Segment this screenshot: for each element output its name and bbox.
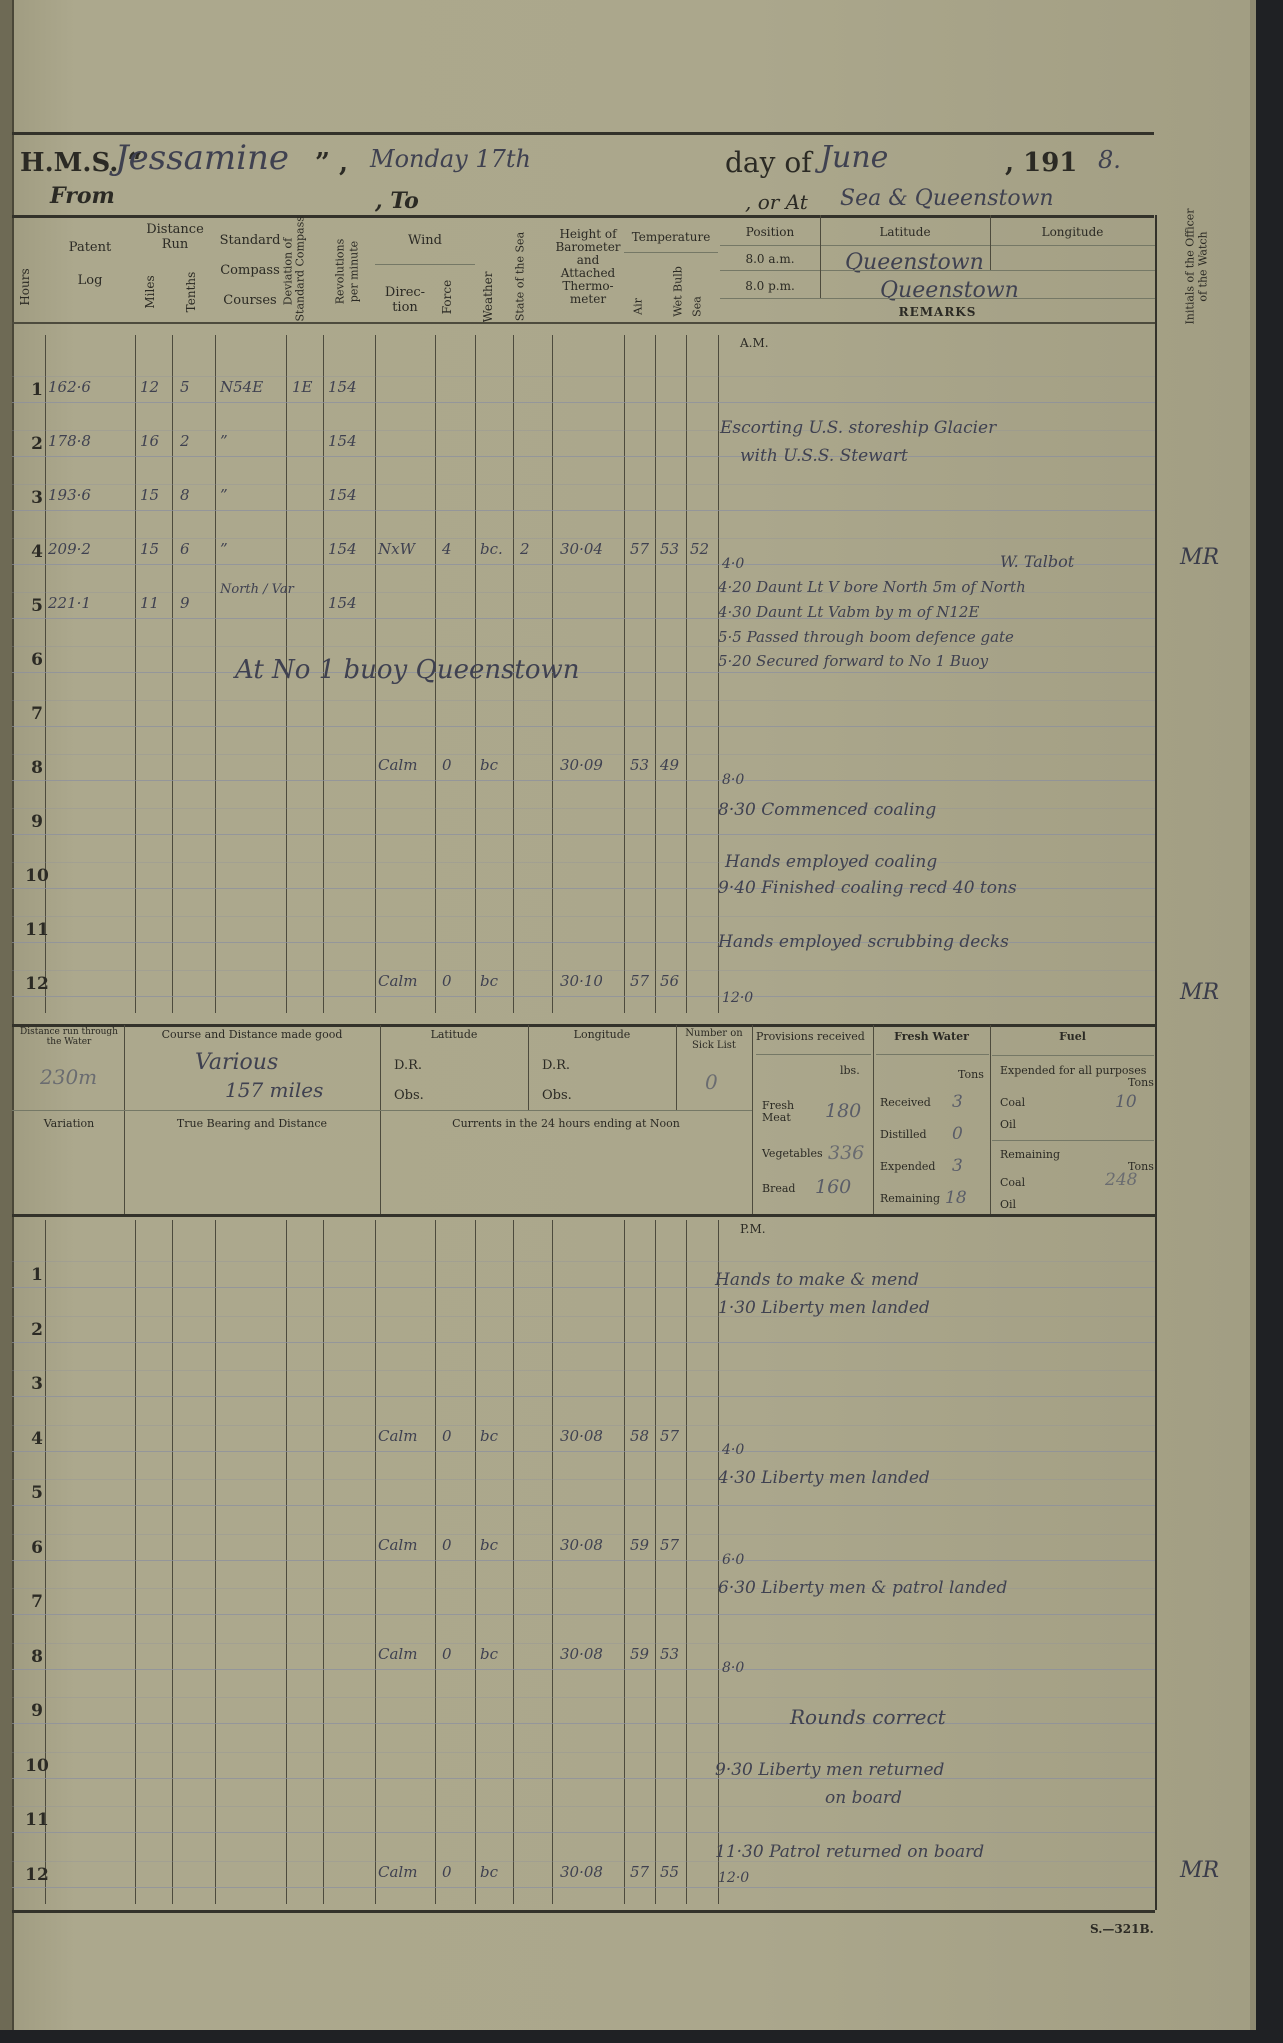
am-cell-tenths: 8 <box>180 486 190 504</box>
pm-label: P.M. <box>740 1222 766 1236</box>
row-rule <box>12 1723 1155 1724</box>
am-remark: 9·40 Finished coaling recd 40 tons <box>718 878 1017 898</box>
am-cell-deviation: 1E <box>292 378 313 396</box>
table-right-border <box>1155 215 1157 1910</box>
column-rule <box>718 335 719 1013</box>
am-remark: 5·5 Passed through boom defence gate <box>718 628 1014 646</box>
am-hour-label: 10 <box>22 866 52 886</box>
col-compass: Compass <box>215 263 285 278</box>
col-tenths: Tenths <box>184 267 198 317</box>
water-expended-value: 3 <box>952 1156 963 1176</box>
pm-hour-label: 7 <box>22 1592 52 1612</box>
pm-remark: 11·30 Patrol returned on board <box>715 1842 984 1862</box>
am-remark: 8·30 Commenced coaling <box>718 800 936 820</box>
am-cell-air: 57 <box>630 540 649 558</box>
column-rule <box>718 1220 719 1904</box>
true-bearing-label: True Bearing and Distance <box>124 1117 380 1130</box>
pm-cell-air: 57 <box>630 1863 649 1881</box>
pm-hour-label: 2 <box>22 1320 52 1340</box>
am-remark: Hands employed coaling <box>725 852 937 872</box>
am-hour-label: 12 <box>22 974 52 994</box>
pm-hour-label: 11 <box>22 1810 52 1830</box>
row-rule <box>12 1342 1155 1343</box>
noon-top-border <box>12 1024 1155 1027</box>
am-hour-label: 8 <box>22 758 52 778</box>
pm-cell-wet: 57 <box>660 1427 679 1445</box>
pm-remark: Rounds correct <box>790 1705 946 1729</box>
variation-label: Variation <box>14 1117 124 1130</box>
pm-remark: 6·30 Liberty men & patrol landed <box>718 1578 1007 1598</box>
row-rule <box>12 402 1155 403</box>
fuel-remaining-coal-value: 248 <box>1105 1170 1137 1190</box>
row-rule <box>12 780 1155 781</box>
col-wind-force: Force <box>440 272 454 322</box>
am-cell-miles: 16 <box>140 432 159 450</box>
row-rule <box>12 1287 1155 1288</box>
row-rule <box>12 1669 1155 1670</box>
row-rule <box>12 1451 1155 1452</box>
am-time-label: 8.0 a.m. <box>720 252 820 267</box>
top-border <box>12 132 1154 135</box>
col-initials-1: Initials of the Officer <box>1184 202 1197 332</box>
am-cell-log: 178·8 <box>48 432 91 450</box>
pm-cell-weather: bc <box>480 1536 498 1554</box>
sick-list-label: Number on Sick List <box>676 1028 752 1052</box>
col-sea: Sea <box>691 287 704 327</box>
pm-cell-air: 58 <box>630 1427 649 1445</box>
col-distance-run: Distance Run <box>135 222 215 252</box>
fresh-water-label: Fresh Water <box>873 1030 990 1043</box>
provisions-unit: lbs. <box>840 1064 860 1077</box>
col-position: Position <box>720 225 820 240</box>
fuel-expended-unit: Tons <box>1128 1076 1154 1089</box>
pm-remark: 1·30 Liberty men landed <box>718 1298 930 1318</box>
row-rule <box>12 996 1155 997</box>
pm-remark: 6·0 <box>722 1552 744 1568</box>
am-cell-barometer: 30·09 <box>560 756 603 774</box>
pm-cell-wet: 57 <box>660 1536 679 1554</box>
pm-cell-force: 0 <box>442 1645 452 1663</box>
am-cell-force: 0 <box>442 972 452 990</box>
pm-cell-barometer: 30·08 <box>560 1536 603 1554</box>
fresh-water-unit: Tons <box>958 1068 984 1081</box>
row-rule <box>12 1614 1155 1615</box>
pm-cell-wind-dir: Calm <box>378 1863 417 1881</box>
course-value: Various <box>195 1050 278 1075</box>
row-rule <box>12 672 1155 673</box>
am-label: A.M. <box>740 336 769 350</box>
col-temperature: Temperature <box>624 230 718 245</box>
am-cell-air: 57 <box>630 972 649 990</box>
am-cell-course: ” <box>220 432 228 450</box>
am-remark: 4·30 Daunt Lt Vabm by m of N12E <box>718 603 979 621</box>
pm-hour-label: 6 <box>22 1538 52 1558</box>
col-latitude: Latitude <box>820 225 990 240</box>
bread-value: 160 <box>815 1176 851 1198</box>
fresh-meat-label: Fresh Meat <box>762 1100 800 1124</box>
column-rule <box>172 1220 173 1904</box>
col-patent: Patent <box>45 240 135 255</box>
col-initials-2: of the Watch <box>1197 202 1210 332</box>
longitude-label: Longitude <box>528 1028 676 1041</box>
ship-name: Jessamine <box>115 138 289 178</box>
row-rule <box>12 456 1155 457</box>
longitude-dr-label: D.R. <box>542 1058 570 1073</box>
col-revolutions-1: Revolutions <box>334 222 347 322</box>
pm-cell-wet: 55 <box>660 1863 679 1881</box>
pm-hour-label: 8 <box>22 1647 52 1667</box>
column-rule <box>655 335 656 1013</box>
pm-time-label: 8.0 p.m. <box>720 279 820 294</box>
pm-cell-barometer: 30·08 <box>560 1645 603 1663</box>
am-cell-log: 209·2 <box>48 540 91 558</box>
am-cell-barometer: 30·04 <box>560 540 603 558</box>
water-distilled-label: Distilled <box>880 1128 927 1141</box>
am-cell-miles: 15 <box>140 540 159 558</box>
am-cell-wet: 53 <box>660 540 679 558</box>
provisions-label: Provisions received <box>756 1030 865 1043</box>
am-cell-force: 0 <box>442 756 452 774</box>
pm-cell-barometer: 30·08 <box>560 1427 603 1445</box>
am-cell-weather: bc <box>480 972 498 990</box>
column-rule <box>686 335 687 1013</box>
am-cell-course: North / Var <box>220 582 294 597</box>
to-label: , To <box>375 188 419 214</box>
column-rule <box>323 1220 324 1904</box>
am-remark: Hands employed scrubbing decks <box>718 932 1009 952</box>
pm-cell-wet: 53 <box>660 1645 679 1663</box>
am-cell-tenths: 6 <box>180 540 190 558</box>
column-rule <box>552 1220 553 1904</box>
am-cell-wind-dir: NxW <box>378 540 415 558</box>
am-cell-miles: 11 <box>140 594 159 612</box>
fuel-expended-coal-label: Coal <box>1000 1096 1025 1109</box>
am-cell-miles: 12 <box>140 378 159 396</box>
am-cell-force: 4 <box>442 540 452 558</box>
pm-cell-weather: bc <box>480 1427 498 1445</box>
col-wind: Wind <box>375 233 475 248</box>
pm-hour-label: 10 <box>22 1756 52 1776</box>
pm-remark: on board <box>825 1788 902 1808</box>
pm-cell-wind-dir: Calm <box>378 1536 417 1554</box>
fuel-expended-coal-value: 10 <box>1115 1092 1137 1112</box>
from-label: From <box>50 183 115 209</box>
pm-cell-force: 0 <box>442 1863 452 1881</box>
pm-hour-label: 1 <box>22 1265 52 1285</box>
row-rule <box>12 564 1155 565</box>
column-rule <box>655 1220 656 1904</box>
at-value: Sea & Queenstown <box>840 186 1054 211</box>
pm-hour-label: 4 <box>22 1429 52 1449</box>
sick-list-value: 0 <box>705 1070 718 1094</box>
day-of-label: day of <box>725 146 812 179</box>
am-cell-tenths: 9 <box>180 594 190 612</box>
latitude-label: Latitude <box>380 1028 528 1041</box>
pm-hour-label: 9 <box>22 1701 52 1721</box>
am-cell-tenths: 5 <box>180 378 190 396</box>
am-cell-log: 193·6 <box>48 486 91 504</box>
water-received-value: 3 <box>952 1092 963 1112</box>
col-wind-direction-1: Direc- <box>375 285 435 300</box>
am-cell-tenths: 2 <box>180 432 190 450</box>
am-hour-label: 11 <box>22 920 52 940</box>
am-remark: 4·20 Daunt Lt V bore North 5m of North <box>718 578 1026 596</box>
am-cell-course: ” <box>220 540 228 558</box>
header-bottom-rule <box>12 322 1155 324</box>
am-note-buoy: At No 1 buoy Queenstown <box>235 655 580 685</box>
remarks-header: REMARKS <box>720 305 1155 320</box>
col-deviation-2: Standard Compass <box>294 222 307 322</box>
water-remaining-value: 18 <box>945 1188 967 1208</box>
row-rule <box>12 1778 1155 1779</box>
col-barometer: Height of Barometer and Attached Thermo-… <box>552 228 624 306</box>
pm-position-value: Queenstown <box>880 278 1019 303</box>
am-cell-wet: 49 <box>660 756 679 774</box>
am-cell-wet: 56 <box>660 972 679 990</box>
am-cell-revs: 154 <box>328 378 357 396</box>
table-bottom-border <box>12 1910 1155 1913</box>
am-position-value: Queenstown <box>845 250 984 275</box>
col-hours: Hours <box>18 257 32 317</box>
distance-good: 157 miles <box>225 1078 323 1102</box>
pm-remark: 12·0 <box>718 1870 749 1886</box>
am-remark: with U.S.S. Stewart <box>740 446 908 466</box>
am-cell-weather: bc. <box>480 540 503 558</box>
col-air: Air <box>632 287 645 327</box>
pm-hour-label: 3 <box>22 1374 52 1394</box>
am-cell-miles: 15 <box>140 486 159 504</box>
course-label: Course and Distance made good <box>124 1028 380 1041</box>
col-miles: Miles <box>143 267 157 317</box>
row-rule <box>12 1887 1155 1888</box>
column-rule <box>475 1220 476 1904</box>
at-label: , or At <box>745 190 808 214</box>
am-cell-wind-dir: Calm <box>378 756 417 774</box>
pm-cell-air: 59 <box>630 1536 649 1554</box>
am-cell-sea: 2 <box>520 540 530 558</box>
distance-label: Distance run through the Water <box>14 1027 124 1047</box>
column-rule <box>375 1220 376 1904</box>
pm-remark: 4·30 Liberty men landed <box>718 1468 930 1488</box>
col-state-of-sea: State of the Sea <box>514 227 527 327</box>
column-rule <box>135 1220 136 1904</box>
row-rule <box>12 1832 1155 1833</box>
pm-remark: 9·30 Liberty men returned <box>715 1760 944 1780</box>
officer-signature: W. Talbot <box>1000 552 1074 571</box>
bread-label: Bread <box>762 1182 795 1195</box>
longitude-obs-label: Obs. <box>542 1088 572 1103</box>
fresh-meat-value: 180 <box>825 1100 861 1122</box>
fuel-remaining-coal-label: Coal <box>1000 1176 1025 1189</box>
am-cell-log: 162·6 <box>48 378 91 396</box>
close-quote: ” , <box>315 148 348 178</box>
log-page: H.M.S. “ Jessamine ” , Monday 17th day o… <box>0 0 1256 2030</box>
col-weather: Weather <box>481 267 495 327</box>
row-rule <box>12 510 1155 511</box>
water-distilled-value: 0 <box>952 1124 963 1144</box>
watch-officer-initials: MR <box>1180 980 1219 1005</box>
latitude-dr-label: D.R. <box>394 1058 422 1073</box>
page-binding <box>0 0 14 2030</box>
fuel-remaining-label: Remaining <box>1000 1148 1060 1161</box>
column-rule <box>435 1220 436 1904</box>
am-cell-revs: 154 <box>328 432 357 450</box>
am-cell-course: ” <box>220 486 228 504</box>
vegetables-value: 336 <box>828 1142 864 1164</box>
fuel-expended-oil-label: Oil <box>1000 1118 1016 1131</box>
col-standard: Standard <box>215 233 285 248</box>
row-rule <box>12 1505 1155 1506</box>
row-rule <box>12 834 1155 835</box>
water-received-label: Received <box>880 1096 931 1109</box>
am-remark: 8·0 <box>722 772 744 788</box>
watch-officer-initials: MR <box>1180 1858 1219 1883</box>
am-hour-label: 7 <box>22 704 52 724</box>
year-suffix: 8. <box>1098 146 1121 174</box>
watch-officer-initials: MR <box>1180 545 1219 570</box>
pm-cell-barometer: 30·08 <box>560 1863 603 1881</box>
currents-label: Currents in the 24 hours ending at Noon <box>380 1117 752 1130</box>
column-rule <box>286 1220 287 1904</box>
pm-cell-wind-dir: Calm <box>378 1645 417 1663</box>
weekday-date: Monday 17th <box>370 145 531 173</box>
pm-cell-air: 59 <box>630 1645 649 1663</box>
distance-value: 230m <box>40 1065 97 1089</box>
column-rule <box>513 1220 514 1904</box>
col-wind-direction-2: tion <box>375 300 435 315</box>
am-cell-revs: 154 <box>328 594 357 612</box>
am-remark: Escorting U.S. storeship Glacier <box>720 418 996 438</box>
am-remark: 5·20 Secured forward to No 1 Buoy <box>718 652 988 670</box>
column-rule <box>215 1220 216 1904</box>
water-expended-label: Expended <box>880 1160 935 1173</box>
am-cell-seatemp: 52 <box>690 540 709 558</box>
am-hour-label: 6 <box>22 650 52 670</box>
year-prefix: , 191 <box>1005 148 1077 178</box>
pm-cell-weather: bc <box>480 1863 498 1881</box>
pm-cell-weather: bc <box>480 1645 498 1663</box>
vegetables-label: Vegetables <box>762 1147 823 1160</box>
fuel-remaining-oil-label: Oil <box>1000 1198 1016 1211</box>
latitude-obs-label: Obs. <box>394 1088 424 1103</box>
am-cell-weather: bc <box>480 756 498 774</box>
month: June <box>820 140 888 175</box>
am-cell-barometer: 30·10 <box>560 972 603 990</box>
am-cell-wind-dir: Calm <box>378 972 417 990</box>
am-cell-revs: 154 <box>328 486 357 504</box>
pm-cell-wind-dir: Calm <box>378 1427 417 1445</box>
col-log: Log <box>45 273 135 288</box>
pm-hour-label: 12 <box>22 1865 52 1885</box>
row-rule <box>12 618 1155 619</box>
fuel-expended-label: Expended for all purposes <box>1000 1064 1146 1077</box>
col-revolutions-2: per minute <box>348 222 361 322</box>
pm-remark: 8·0 <box>722 1660 744 1676</box>
column-rule <box>624 335 625 1013</box>
am-hour-label: 9 <box>22 812 52 832</box>
pm-remark: 4·0 <box>722 1442 744 1458</box>
pm-cell-force: 0 <box>442 1427 452 1445</box>
fuel-label: Fuel <box>990 1030 1155 1043</box>
am-remark: 4·0 <box>722 556 744 572</box>
column-rule <box>215 335 216 1013</box>
pm-cell-force: 0 <box>442 1536 452 1554</box>
am-cell-log: 221·1 <box>48 594 91 612</box>
column-rule <box>624 1220 625 1904</box>
col-courses: Courses <box>215 293 285 308</box>
noon-bottom-border <box>12 1214 1155 1217</box>
table-top-border <box>12 215 1154 218</box>
am-cell-revs: 154 <box>328 540 357 558</box>
pm-hour-label: 5 <box>22 1483 52 1503</box>
column-rule <box>686 1220 687 1904</box>
col-wet-bulb: Wet Bulb <box>672 262 685 322</box>
column-rule <box>172 335 173 1013</box>
col-longitude: Longitude <box>990 225 1155 240</box>
form-number: S.—321B. <box>1090 1922 1154 1936</box>
water-remaining-label: Remaining <box>880 1192 940 1205</box>
pm-remark: Hands to make & mend <box>715 1270 919 1290</box>
column-rule <box>135 335 136 1013</box>
am-remark: 12·0 <box>722 990 753 1006</box>
am-cell-course: N54E <box>220 378 263 396</box>
row-rule <box>12 1560 1155 1561</box>
row-rule <box>12 1396 1155 1397</box>
am-cell-air: 53 <box>630 756 649 774</box>
row-rule <box>12 726 1155 727</box>
